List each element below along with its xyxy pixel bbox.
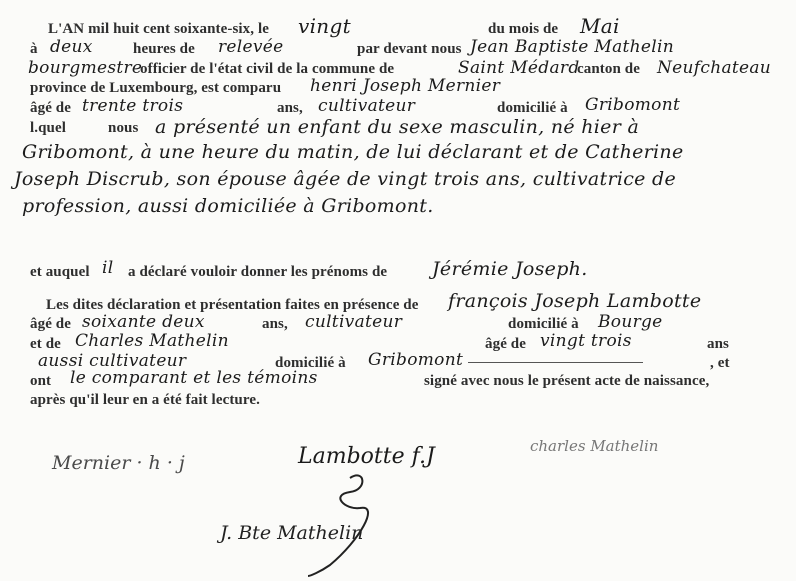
fill-line [468, 362, 643, 363]
printed-text: ans, [262, 316, 288, 333]
printed-text: nous [108, 120, 138, 137]
handwritten-text: a présenté un enfant du sexe masculin, n… [155, 116, 639, 138]
handwritten-time: relevée [218, 37, 284, 57]
handwritten-domicile: Bourge [598, 312, 663, 332]
handwritten-age: vingt trois [540, 331, 632, 351]
printed-text: L'AN mil huit cent soixante-six, le [48, 21, 269, 37]
handwritten-text: Joseph Discrub, son épouse âgée de vingt… [14, 168, 676, 190]
handwritten-profession: cultivateur [318, 96, 415, 116]
printed-text: âgé de [30, 100, 71, 117]
handwritten-domicile: Gribomont [585, 95, 680, 115]
handwritten-hour: deux [50, 37, 93, 57]
handwritten-officer: Jean Baptiste Mathelin [470, 37, 674, 57]
printed-text: du mois de [488, 21, 558, 38]
handwritten-title: bourgmestre [28, 58, 142, 78]
printed-text: par devant nous [357, 41, 462, 58]
printed-text: à [30, 41, 38, 58]
printed-text: signé avec nous le présent acte de naiss… [424, 373, 709, 390]
handwritten-profession: cultivateur [305, 312, 402, 332]
printed-text: domicilié à [497, 100, 568, 117]
handwritten-witness-2: Charles Mathelin [75, 331, 229, 351]
signature-flourish-icon [290, 470, 400, 580]
handwritten-domicile: Gribomont [368, 350, 463, 370]
birth-certificate-page: L'AN mil huit cent soixante-six, le ving… [0, 0, 796, 581]
handwritten-witness-1: françois Joseph Lambotte [448, 290, 701, 312]
handwritten-commune: Saint Médard [458, 58, 580, 78]
printed-text: l.quel [30, 120, 66, 137]
printed-text: âgé de [485, 336, 526, 353]
printed-text: canton de [577, 61, 640, 78]
printed-text: , et [710, 355, 730, 372]
printed-text: âgé de [30, 316, 71, 333]
handwritten-age: trente trois [82, 96, 183, 116]
handwritten-pronoun: il [102, 258, 113, 278]
printed-text: ans [707, 336, 729, 353]
handwritten-day: vingt [298, 14, 351, 38]
handwritten-signers: le comparant et les témoins [70, 368, 318, 388]
printed-text: après qu'il leur en a été fait lecture. [30, 392, 260, 409]
handwritten-month: Mai [580, 14, 620, 38]
printed-text: ont [30, 373, 51, 390]
handwritten-age: soixante deux [82, 312, 205, 332]
handwritten-text: profession, aussi domiciliée à Gribomont… [22, 195, 434, 217]
printed-text: et auquel [30, 264, 90, 281]
handwritten-given-names: Jérémie Joseph. [432, 258, 588, 280]
signature-witness-2: charles Mathelin [530, 437, 658, 455]
printed-text: a déclaré vouloir donner les prénoms de [128, 264, 387, 281]
handwritten-canton: Neufchateau [657, 58, 771, 78]
handwritten-text: Gribomont, à une heure du matin, de lui … [22, 141, 684, 163]
printed-text: heures de [133, 41, 195, 58]
signature-witness-1: Lambotte f.J [298, 444, 435, 469]
line-date: L'AN mil huit cent soixante-six, le [48, 20, 269, 38]
signature-declarant: Mernier · h · j [52, 452, 185, 474]
printed-text: ans, [277, 100, 303, 117]
handwritten-declarant: henri Joseph Mernier [310, 76, 500, 96]
printed-text: province de Luxembourg, est comparu [30, 80, 281, 97]
